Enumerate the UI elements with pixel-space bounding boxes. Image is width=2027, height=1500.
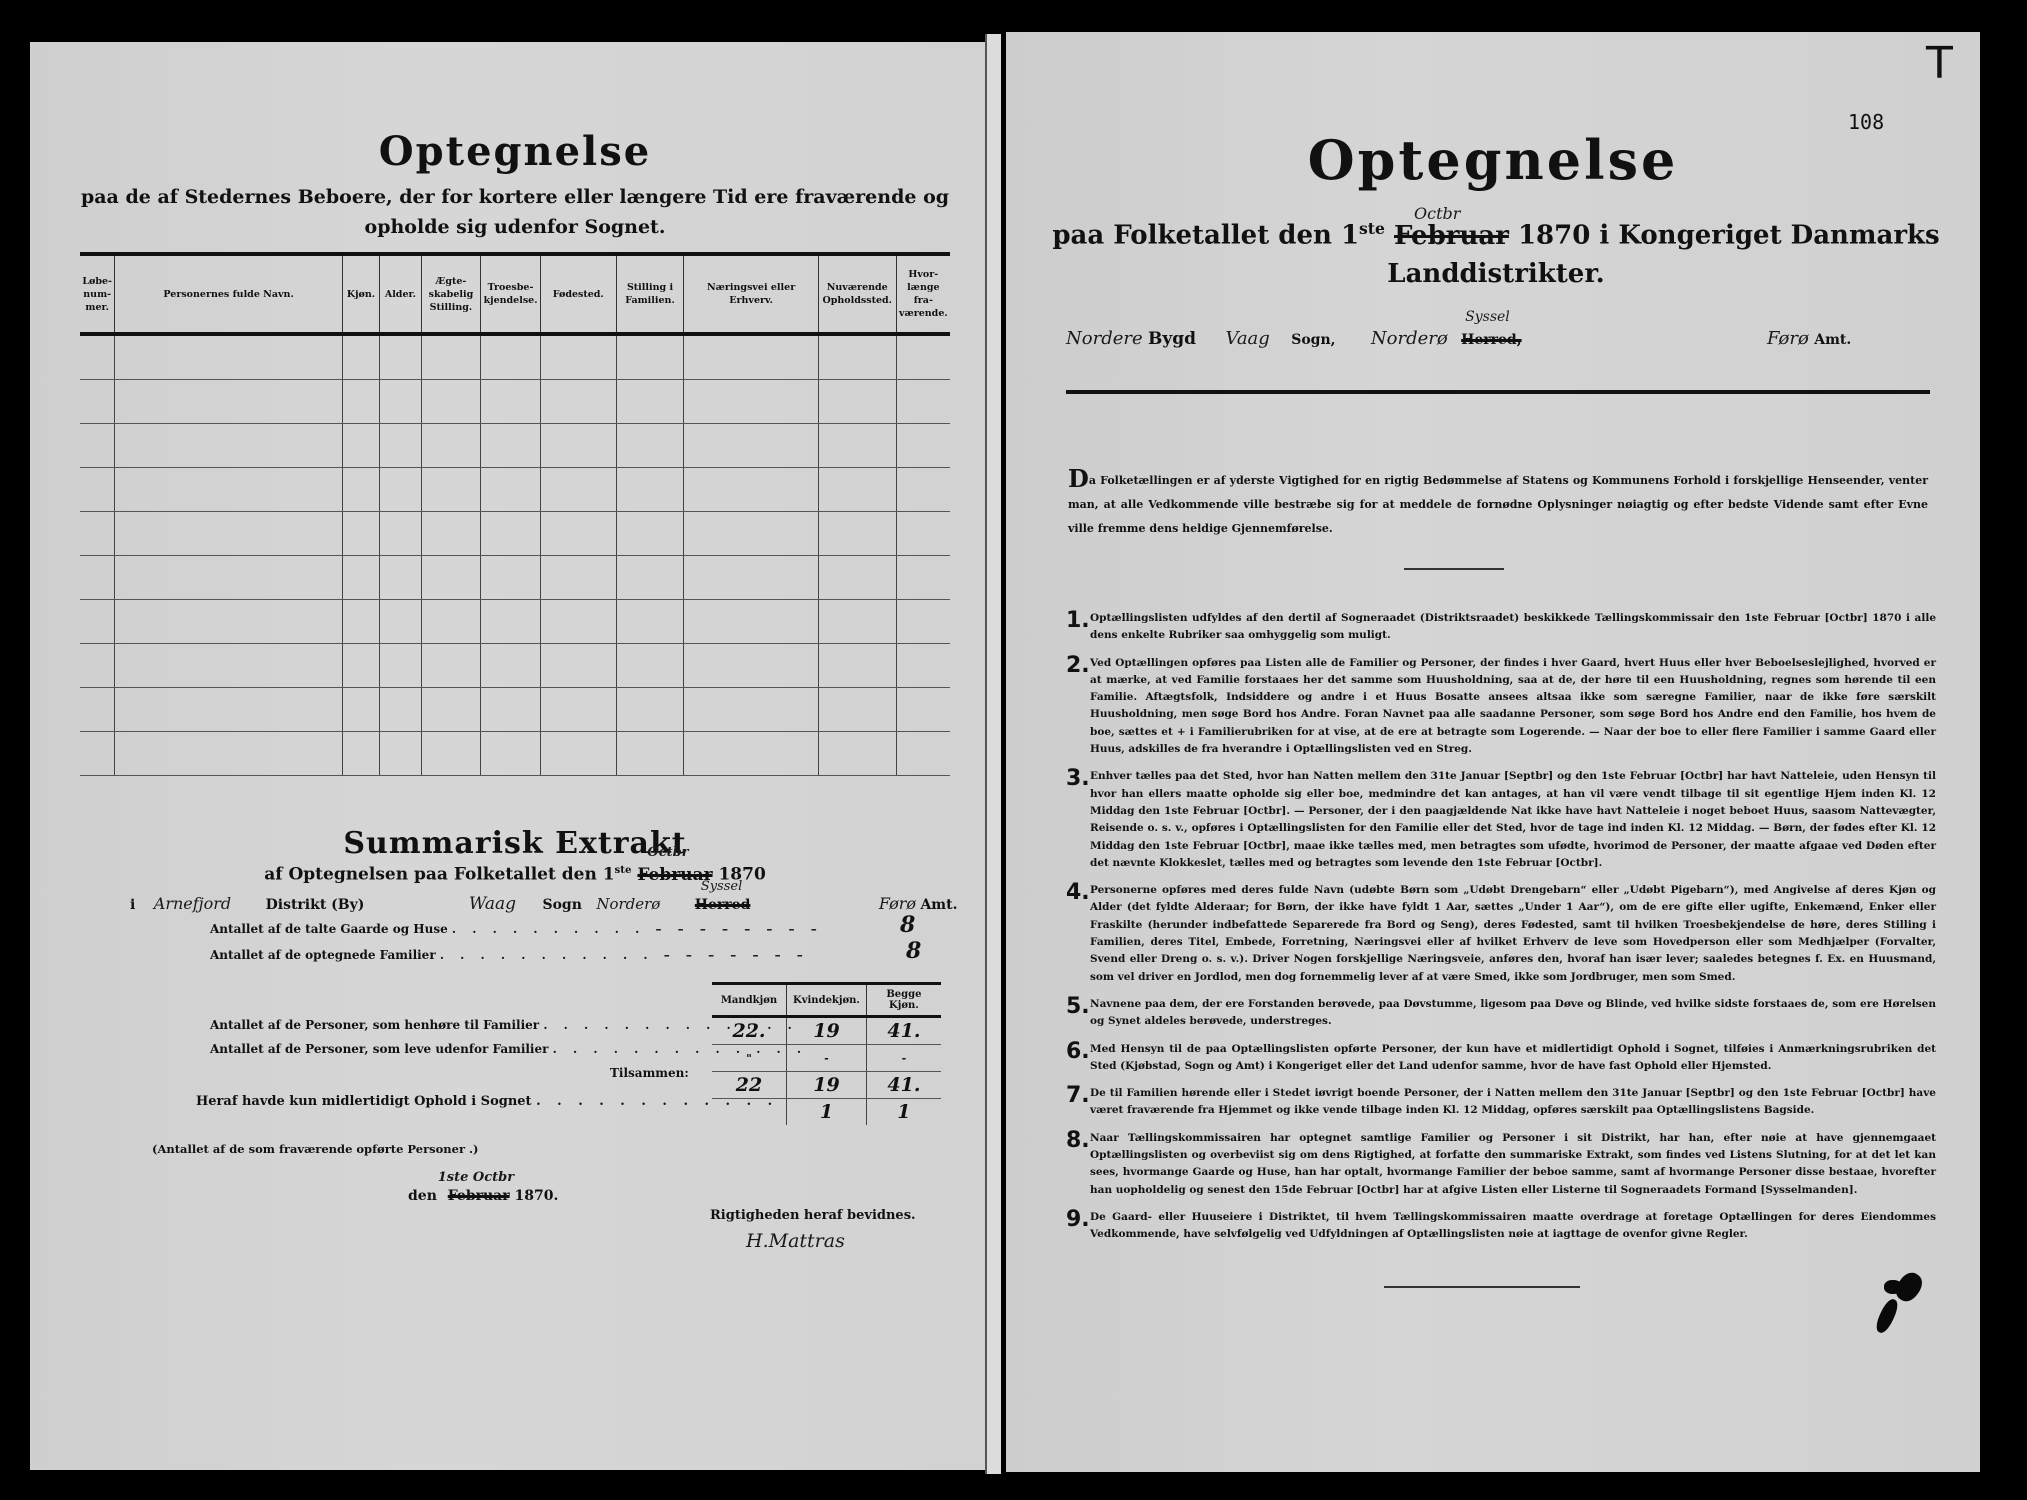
table-row <box>80 512 950 556</box>
table-row <box>80 688 950 732</box>
col-header-residence: Nuværende Opholdssted. <box>818 254 896 334</box>
handwritten-district: Arnefjord <box>154 894 231 913</box>
handwritten-date: 1ste Octbr <box>438 1170 514 1185</box>
summary-subtitle: af Optegnelsen paa Folketallet den 1ste … <box>30 864 1000 885</box>
short-divider <box>1404 568 1504 570</box>
corner-archive-mark: T <box>1926 38 1953 89</box>
struck-herred: Herred <box>695 897 751 913</box>
end-divider <box>1384 1286 1580 1288</box>
instruction-number: 6. <box>1066 1041 1090 1076</box>
census-subtitle-rest: 1870 i Kongeriget Danmarks <box>1518 221 1940 251</box>
census-subtitle-text: paa Folketallet den 1 <box>1052 221 1359 251</box>
cell-male <box>712 1099 787 1126</box>
summary-title: Summarisk Extrakt <box>30 826 1000 861</box>
instruction-number: 5. <box>1066 996 1090 1031</box>
amt-label: Amt. <box>920 897 957 913</box>
instruction-text: Naar Tællingskommissairen har optegnet s… <box>1090 1130 1936 1199</box>
handwritten-amt: Førø <box>1767 328 1809 349</box>
instruction-item: 5. Navnene paa dem, der ere Forstanden b… <box>1066 996 1936 1031</box>
table-row <box>80 556 950 600</box>
place-prefix: i <box>130 897 135 913</box>
left-page: Optegnelse paa de af Stedernes Beboere, … <box>30 42 1000 1470</box>
instruction-text: Enhver tælles paa det Sted, hvor han Nat… <box>1090 768 1936 872</box>
handwritten-parish: Waag <box>469 894 516 914</box>
col-header-female: Kvindekjøn. <box>787 984 867 1017</box>
summary-counts-table: Mandkjøn Kvindekjøn. Begge Kjøn. 22. 19 … <box>712 982 941 1125</box>
summary-subtitle-sup: ste <box>615 864 632 876</box>
handwritten-month: Octbr <box>1414 195 1460 233</box>
handwritten-district: Norderø <box>1371 328 1448 349</box>
persons-in-families-label: Antallet af de Personer, som henhøre til… <box>210 1018 539 1032</box>
instructions-list: 1. Optællingslisten udfyldes af den dert… <box>1066 610 1936 1254</box>
cell-male: 22 <box>712 1072 787 1099</box>
instruction-number: 1. <box>1066 610 1090 645</box>
cell-female: 19 <box>787 1072 867 1099</box>
instruction-text: Ved Optællingen opføres paa Listen alle … <box>1090 655 1936 759</box>
instruction-number: 9. <box>1066 1209 1090 1244</box>
absent-persons-note: (Antallet af de som fraværende opførte P… <box>152 1142 478 1156</box>
instruction-item: 9. De Gaard- eller Huuseiere i Distrikte… <box>1066 1209 1936 1244</box>
instruction-item: 1. Optællingslisten udfyldes af den dert… <box>1066 610 1936 645</box>
temporary-residents-label: Heraf havde kun midlertidigt Ophold i So… <box>196 1094 532 1109</box>
cell-female: 1 <box>787 1099 867 1126</box>
cell-female: - <box>787 1045 867 1072</box>
table-row <box>80 424 950 468</box>
drop-cap: D <box>1068 464 1089 493</box>
houses-count-value: 8 <box>900 912 915 938</box>
attestation-text: Rigtigheden heraf bevidnes. <box>710 1208 916 1223</box>
table-row <box>80 380 950 424</box>
handwritten-bygd: Nordere <box>1066 328 1143 349</box>
absent-persons-table: Løbe-num-mer. Personernes fulde Navn. Kj… <box>80 252 950 776</box>
col-header-name: Personernes fulde Navn. <box>115 254 342 334</box>
instruction-text: Med Hensyn til de paa Optællingslisten o… <box>1090 1041 1936 1076</box>
date-year: 1870. <box>515 1188 559 1204</box>
table-row <box>80 644 950 688</box>
cell-both: 1 <box>866 1099 941 1126</box>
families-count-line: Antallet af de optegnede Familier . . . … <box>210 948 809 962</box>
col-header-family-position: Stilling i Familien. <box>616 254 684 334</box>
instruction-item: 2. Ved Optællingen opføres paa Listen al… <box>1066 655 1936 759</box>
col-header-absence-duration: Hvor-længe fra-værende. <box>896 254 950 334</box>
handwritten-syssel: Syssel <box>701 879 742 894</box>
instruction-number: 8. <box>1066 1130 1090 1199</box>
absent-table-header-row: Løbe-num-mer. Personernes fulde Navn. Kj… <box>80 254 950 334</box>
col-header-number: Løbe-num-mer. <box>80 254 115 334</box>
summary-date: den Februar 1ste Octbr 1870. <box>408 1188 558 1204</box>
summary-subtitle-text: af Optegnelsen paa Folketallet den 1 <box>264 865 614 885</box>
instruction-item: 3. Enhver tælles paa det Sted, hvor han … <box>1066 768 1936 872</box>
total-label: Tilsammen: <box>610 1066 689 1080</box>
handwritten-month: Octbr <box>647 845 688 860</box>
summary-place-line: i Arnefjord Distrikt (By) Waag Sogn Nord… <box>130 894 960 914</box>
census-subtitle: paa Folketallet den 1ste Februar Octbr 1… <box>1046 210 1946 293</box>
instruction-item: 7. De til Familien hørende eller i Stede… <box>1066 1085 1936 1120</box>
handwritten-amt: Førø <box>879 894 916 913</box>
col-header-age: Alder. <box>380 254 421 334</box>
parish-label: Sogn, <box>1291 332 1335 348</box>
parish-label: Sogn <box>542 897 581 913</box>
instruction-item: 8. Naar Tællingskommissairen har optegne… <box>1066 1130 1936 1199</box>
summary-table-header-row: Mandkjøn Kvindekjøn. Begge Kjøn. <box>712 984 941 1017</box>
table-row <box>80 732 950 776</box>
cell-both: - <box>866 1045 941 1072</box>
handwritten-syssel: Syssel <box>1465 309 1510 325</box>
instruction-text: Navnene paa dem, der ere Forstanden berø… <box>1090 996 1936 1031</box>
col-header-sex: Kjøn. <box>342 254 379 334</box>
table-row <box>80 334 950 380</box>
census-subtitle-line2: Landdistrikter. <box>1387 259 1604 289</box>
struck-herred: Herred, <box>1461 332 1521 348</box>
cell-both: 41. <box>866 1017 941 1045</box>
absent-list-title: Optegnelse <box>30 128 1000 175</box>
cell-both: 41. <box>866 1072 941 1099</box>
leader-dots: . . . . . . . . . . – – – – – – – – <box>452 922 823 936</box>
persons-in-families-line: Antallet af de Personer, som henhøre til… <box>210 1018 798 1032</box>
intro-text: a Folketællingen er af yderste Vigtighed… <box>1068 474 1928 535</box>
houses-count-line: Antallet af de talte Gaarde og Huse . . … <box>210 922 823 936</box>
temporary-residents-line: Heraf havde kun midlertidigt Ophold i So… <box>196 1094 778 1109</box>
cell-male: " <box>712 1045 787 1072</box>
absent-list-subtitle: paa de af Stedernes Beboere, der for kor… <box>70 182 960 242</box>
table-row: " - - <box>712 1045 941 1072</box>
handwritten-county: Norderø <box>596 895 660 913</box>
district-label: Distrikt (By) <box>266 897 365 913</box>
instruction-text: Personerne opføres med deres fulde Navn … <box>1090 882 1936 986</box>
col-header-religion: Troesbe-kjendelse. <box>481 254 541 334</box>
instruction-item: 6. Med Hensyn til de paa Optællingsliste… <box>1066 1041 1936 1076</box>
census-subtitle-sup: ste <box>1359 219 1385 238</box>
date-prefix: den <box>408 1188 437 1204</box>
book-spine <box>985 34 1001 1474</box>
col-header-both: Begge Kjøn. <box>866 984 941 1017</box>
struck-month: Februar <box>448 1188 510 1204</box>
cell-male: 22. <box>712 1017 787 1045</box>
col-header-birthplace: Fødested. <box>540 254 616 334</box>
families-count-value: 8 <box>906 938 921 964</box>
right-page: T 108 Optegnelse paa Folketallet den 1st… <box>1006 32 1980 1472</box>
table-row <box>80 600 950 644</box>
instruction-number: 7. <box>1066 1085 1090 1120</box>
families-count-label: Antallet af de optegnede Familier <box>210 948 436 962</box>
col-header-male: Mandkjøn <box>712 984 787 1017</box>
ink-blot <box>1873 1297 1901 1336</box>
census-title: Optegnelse <box>1006 128 1980 192</box>
instruction-number: 4. <box>1066 882 1090 986</box>
instruction-text: Optællingslisten udfyldes af den dertil … <box>1090 610 1936 645</box>
table-row: 22. 19 41. <box>712 1017 941 1045</box>
bygd-label: Bygd <box>1148 329 1196 349</box>
instruction-text: De til Familien hørende eller i Stedet i… <box>1090 1085 1936 1120</box>
instruction-item: 4. Personerne opføres med deres fulde Na… <box>1066 882 1936 986</box>
table-row: 22 19 41. <box>712 1072 941 1099</box>
leader-dots: . . . . . . . . . . . – – – – – – – <box>440 948 809 962</box>
col-header-occupation: Næringsvei eller Erhverv. <box>684 254 818 334</box>
intro-paragraph: Da Folketællingen er af yderste Vigtighe… <box>1068 467 1928 541</box>
table-row <box>80 468 950 512</box>
signature: H.Mattras <box>746 1230 845 1252</box>
instruction-text: De Gaard- eller Huuseiere i Distriktet, … <box>1090 1209 1936 1244</box>
col-header-marital: Ægte-skabelig Stilling. <box>421 254 481 334</box>
cell-female: 19 <box>787 1017 867 1045</box>
census-place-line: Nordere Bygd Vaag Sogn, Norderø Herred, … <box>1066 328 1946 349</box>
houses-count-label: Antallet af de talte Gaarde og Huse <box>210 922 448 936</box>
instruction-number: 3. <box>1066 768 1090 872</box>
amt-label: Amt. <box>1814 332 1851 348</box>
instruction-number: 2. <box>1066 655 1090 759</box>
handwritten-parish: Vaag <box>1225 328 1269 349</box>
persons-outside-families-label: Antallet af de Personer, som leve udenfo… <box>210 1042 548 1056</box>
horizontal-rule <box>1066 390 1930 394</box>
table-row: 1 1 <box>712 1099 941 1126</box>
